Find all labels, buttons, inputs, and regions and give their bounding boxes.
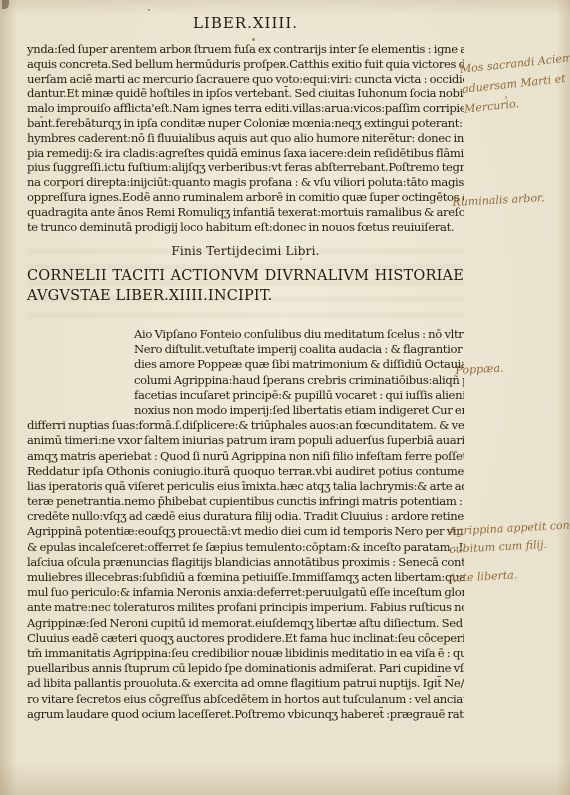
paper-speck — [2, 0, 9, 9]
text-line: te trunco deminutā prodigij loco habitum… — [27, 220, 464, 235]
text-line: pia remedij:& ira cladis:agreſtes quidā … — [27, 146, 464, 161]
text-line: Nero diſtulit.vetuſtate imperij coalita … — [27, 342, 464, 357]
paper-speck — [300, 258, 302, 260]
margin-note-acte: Acte liberta. — [448, 565, 518, 589]
text-line: muliebres illecebras:ſubſidiū a fœmina p… — [27, 570, 464, 585]
text-line: ro vitare ſecretos eius cōgreſſus abſced… — [27, 692, 464, 707]
text-line: aquis concreta.Sed bellum hermūduris pro… — [27, 57, 464, 72]
book-page: LIBER.XIIII. ynda:ſed ſuper arentem arbo… — [0, 0, 570, 795]
text-line: malo improuiſo afflicta'eſt.Nam ignes te… — [27, 101, 464, 116]
text-line: lias iperatoris quā viſeret periculis ei… — [27, 479, 464, 494]
chapter-heading: CORNELII TACITI ACTIONVM DIVRNALIVM HIST… — [27, 266, 464, 306]
text-line: quadragita ante ānos Remi Romuliqʒ infan… — [27, 205, 464, 220]
text-line: hymbres caderent:nō ſi fluuialibus aquis… — [27, 131, 464, 146]
text-line: Aio Vipſano Fonteio conſulibus diu medit… — [27, 327, 464, 342]
finis-line: Finis Tertijdecimi Libri. — [27, 244, 464, 258]
text-line: credēte nullo:vſqʒ ad cædē eius duratura… — [27, 509, 464, 524]
text-line: laſciua oſcula prænuncias flagitijs blan… — [27, 555, 464, 570]
text-line: Agrippinā potentiæ:eouſqʒ prouectā:vt me… — [27, 524, 464, 539]
text-line: facetias incuſaret principē:& pupillū vo… — [27, 388, 464, 403]
text-line: animū timeri:ne vxor ſaltem iniurias pat… — [27, 433, 464, 448]
text-line: bant.ferebāturqʒ in ipſa conditæ nuper C… — [27, 116, 464, 131]
margin-note-agrippina: Agrippina appetit con cubitum cum filij. — [448, 517, 570, 559]
text-line: na corpori direpta:inijciūt:quanto magis… — [27, 175, 464, 190]
text-line: Cluuius eadē cæteri quoqʒ auctores prodi… — [27, 631, 464, 646]
text-line: tm̄ immanitatis Agrippina:ſeu credibilio… — [27, 646, 464, 661]
text-line: differri nuptias ſuas:formā.ſ.diſplicere… — [27, 418, 464, 433]
text-line: ante matre:nec toleraturos milites profa… — [27, 600, 464, 615]
paragraph-end-of-book13: ynda:ſed ſuper arentem arboʀ ſtruem fuſa… — [27, 42, 464, 234]
text-line: Agrippinæ:ſed Neroni cupitū id memorat.e… — [27, 616, 464, 631]
text-line: dies amore Poppeæ quæ ſibi matrimonium &… — [27, 357, 464, 372]
text-line: uerſam aciē marti ac mercurio ſacrauere … — [27, 72, 464, 87]
running-title: LIBER.XIIII. — [27, 14, 464, 32]
text-line: oppreſſura ignes.Eodē anno ruminalem arb… — [27, 190, 464, 205]
text-line: amqʒ matris aperiebat : Quod ſi nurū Agr… — [27, 449, 464, 464]
chapter-heading-line2: AVGVSTAE LIBER.XIIII.INCIPIT. — [27, 286, 464, 306]
paper-speck — [252, 38, 255, 41]
text-line: Reddatur ipſa Othonis coniugio.iturā quo… — [27, 464, 464, 479]
text-line: agrum laudare quod ocium laceſſeret.Poſt… — [27, 707, 464, 722]
paragraph-start-of-book14: Aio Vipſano Fonteio conſulibus diu medit… — [27, 327, 464, 722]
text-line: mul ſuo periculo:& infamia Neronis anxia… — [27, 585, 464, 600]
paper-speck — [148, 9, 150, 11]
text-line: ynda:ſed ſuper arentem arboʀ ſtruem fuſa… — [27, 42, 464, 57]
chapter-heading-line1: CORNELII TACITI ACTIONVM DIVRNALIVM HIST… — [27, 266, 464, 286]
text-line: teræ penetrantia.nemo p̄hibebat cupienti… — [27, 494, 464, 509]
text-line: pius ſuggreſſi.ictu fuſtium:alijſqʒ verb… — [27, 160, 464, 175]
text-line: puellaribus annis ſtuprum cū lepido ſpe … — [27, 661, 464, 676]
text-line: columi Agrippina:haud ſperans crebris cr… — [27, 373, 464, 388]
text-line: & epulas incaleſceret:offerret ſe ſæpius… — [27, 540, 464, 555]
text-line: noxius non modo imperij:ſed libertatis e… — [27, 403, 464, 418]
text-line: dantur.Et minæ quidē hoſtiles in ipſos v… — [27, 86, 464, 101]
margin-note-ruminalis: Ruminalis arbor. — [452, 188, 545, 213]
margin-note-poppaea: Poppæa. — [455, 358, 504, 380]
text-line: ad libita pallantis prouoluta.& exercita… — [27, 676, 464, 691]
margin-note-sacrifice: Mos sacrandi Aciem aduersam Marti et Mer… — [459, 48, 570, 119]
